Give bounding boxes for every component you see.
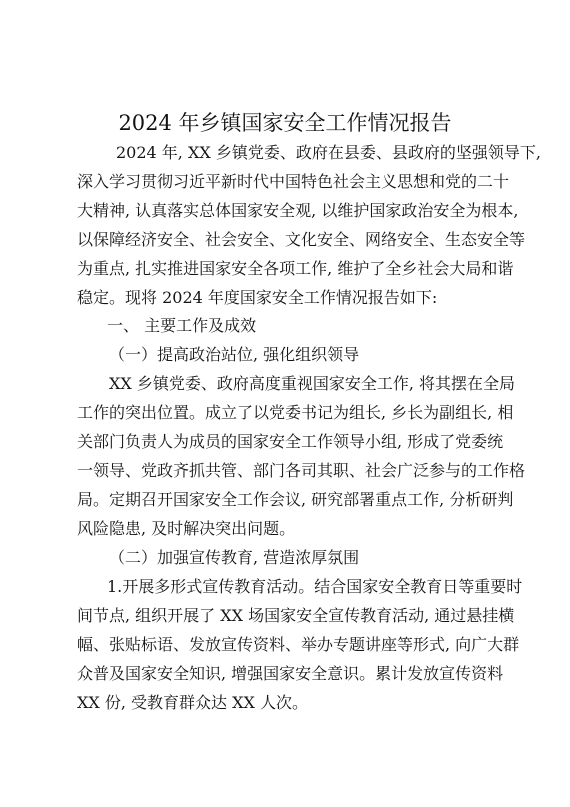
document-title: 2024 年乡镇国家安全工作情况报告 [0, 108, 570, 138]
document-page: 2024 年乡镇国家安全工作情况报告 2024 年, XX 乡镇党委、政府在县委… [0, 0, 570, 807]
text-line: XX 份, 受教育群众达 XX 人次。 [77, 693, 502, 713]
text-line: 工作的突出位置。成立了以党委书记为组长, 乡长为副组长, 相 [77, 403, 502, 423]
text-line: 深入学习贯彻习近平新时代中国特色社会主义思想和党的二十 [77, 172, 502, 192]
text-line: （二）加强宣传教育, 营造浓厚氛围 [109, 548, 534, 568]
text-line: 为重点, 扎实推进国家安全各项工作, 维护了全乡社会大局和谐 [77, 259, 502, 279]
text-line: 间节点, 组织开展了 XX 场国家安全宣传教育活动, 通过悬挂横 [77, 606, 502, 626]
text-line: 风险隐患, 及时解决突出问题。 [77, 519, 502, 539]
text-line: 众普及国家安全知识, 增强国家安全意识。累计发放宣传资料 [77, 664, 502, 684]
text-line: 以保障经济安全、社会安全、文化安全、网络安全、生态安全等 [77, 230, 502, 250]
text-line: 局。定期召开国家安全工作会议, 研究部署重点工作, 分析研判 [77, 490, 502, 510]
text-line: （一）提高政治站位, 强化组织领导 [109, 345, 534, 365]
text-line: 稳定。现将 2024 年度国家安全工作情况报告如下: [77, 288, 502, 308]
text-line: 幅、张贴标语、发放宣传资料、举办专题讲座等形式, 向广大群 [77, 635, 502, 655]
text-line: 2024 年, XX 乡镇党委、政府在县委、县政府的坚强领导下, [116, 143, 541, 163]
text-line: 大精神, 认真落实总体国家安全观, 以维护国家政治安全为根本, [77, 201, 502, 221]
text-line: 一、 主要工作及成效 [107, 316, 532, 336]
text-line: 关部门负责人为成员的国家安全工作领导小组, 形成了党委统 [77, 432, 502, 452]
text-line: 一领导、党政齐抓共管、部门各司其职、社会广泛参与的工作格 [77, 461, 502, 481]
text-line: 1.开展多形式宣传教育活动。结合国家安全教育日等重要时 [107, 577, 532, 597]
text-line: XX 乡镇党委、政府高度重视国家安全工作, 将其摆在全局 [109, 374, 534, 394]
